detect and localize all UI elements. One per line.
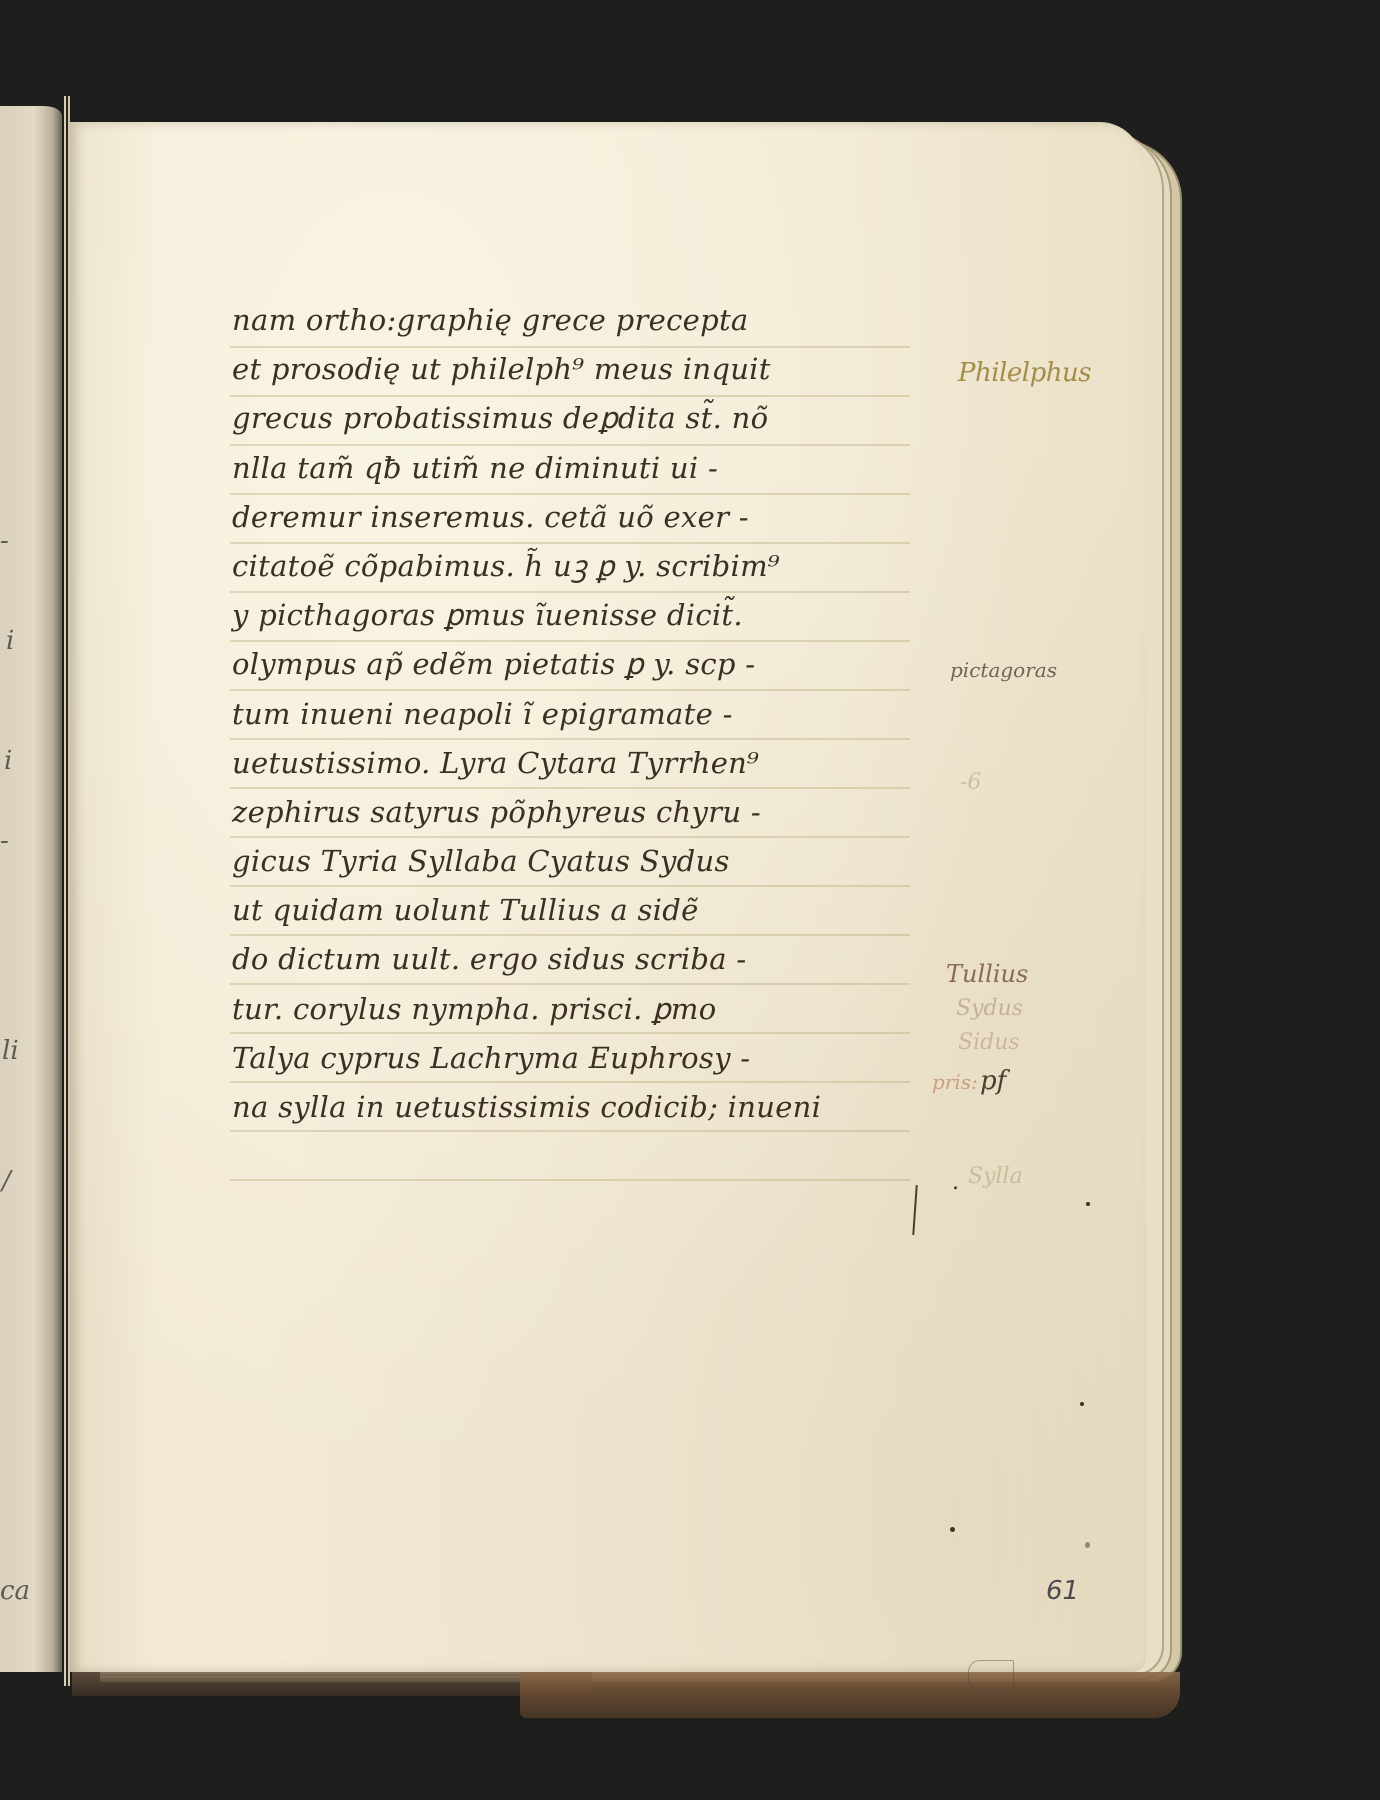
text-line: gicus Tyria Syllaba Cyatus Sydus bbox=[232, 837, 932, 886]
text-line: Talya cyprus Lachryma Euphrosy - bbox=[232, 1034, 932, 1083]
ink-spot bbox=[950, 1527, 955, 1532]
marginal-note-sidus: Sidus bbox=[958, 1030, 1020, 1055]
marginal-note-sydus: Sydus bbox=[956, 996, 1023, 1021]
left-page-fragment: ca bbox=[0, 1576, 30, 1606]
text-line: y picthagoras ꝑmus ĩuenisse dicit̃. bbox=[232, 591, 932, 640]
marginal-dot: . bbox=[952, 1170, 959, 1195]
text-line: uetustissimo. Lyra Cytara Tyrrhen⁹ bbox=[232, 739, 932, 788]
ink-spot bbox=[1085, 1542, 1090, 1548]
marginal-note-sylla: Sylla bbox=[968, 1164, 1023, 1189]
left-page-fragment: li bbox=[2, 1036, 19, 1066]
main-text-block: nam ortho:graphię grece precepta et pros… bbox=[232, 296, 932, 1132]
text-line: tur. corylus nympha. prisci. ꝑmo bbox=[232, 985, 932, 1034]
text-line: nlla tam̃ qƀ utim̃ ne diminuti ui - bbox=[232, 444, 932, 493]
text-line: zephirus satyrus põphyreus chyru - bbox=[232, 788, 932, 837]
folio-number: 61 bbox=[1046, 1576, 1079, 1606]
left-page-fragment: i bbox=[4, 746, 12, 776]
marginal-note-pf: pf bbox=[980, 1066, 1006, 1096]
text-line: citatoẽ cõpabimus. h̃ uꝫ ꝑ y. scribim⁹ bbox=[232, 542, 932, 591]
ink-spot bbox=[1086, 1202, 1090, 1206]
text-line: ut quidam uolunt Tullius a sidẽ bbox=[232, 886, 932, 935]
left-facing-page: - i i - li / ca bbox=[0, 106, 62, 1672]
ink-spot bbox=[1080, 1402, 1084, 1406]
text-line: nam ortho:graphię grece precepta bbox=[232, 296, 932, 345]
left-page-fragment: i bbox=[6, 626, 14, 656]
text-line: grecus probatissimus deꝑdita st̃. nõ bbox=[232, 394, 932, 443]
left-page-fragment: / bbox=[2, 1166, 11, 1196]
left-page-fragment: - bbox=[0, 826, 9, 856]
ruling-line bbox=[230, 1179, 910, 1181]
marginal-note-philelphus: Philelphus bbox=[958, 358, 1091, 388]
text-line: deremur inseremus. cetã uõ exer - bbox=[232, 493, 932, 542]
marginal-note-pris: pris: bbox=[932, 1070, 978, 1094]
pencil-shelfmark bbox=[968, 1660, 1014, 1690]
text-line: et prosodię ut philelph⁹ meus inquit bbox=[232, 345, 932, 394]
marginal-note-tullius: Tullius bbox=[946, 960, 1028, 988]
marginal-mark: -6 bbox=[960, 770, 981, 795]
binding-bottom-edge bbox=[72, 1670, 592, 1696]
left-page-fragment: - bbox=[0, 526, 9, 556]
text-line: tum inueni neapoli ĩ epigramate - bbox=[232, 690, 932, 739]
text-line: na sylla in uetustissimis codicib; inuen… bbox=[232, 1083, 932, 1132]
text-line: olympus ap̃ edẽm pietatis ꝑ y. scp - bbox=[232, 640, 932, 689]
marginal-note-pythagoras: pictagoras bbox=[950, 658, 1057, 682]
leather-binding-corner bbox=[520, 1672, 1180, 1718]
text-line: do dictum uult. ergo sidus scriba - bbox=[232, 935, 932, 984]
